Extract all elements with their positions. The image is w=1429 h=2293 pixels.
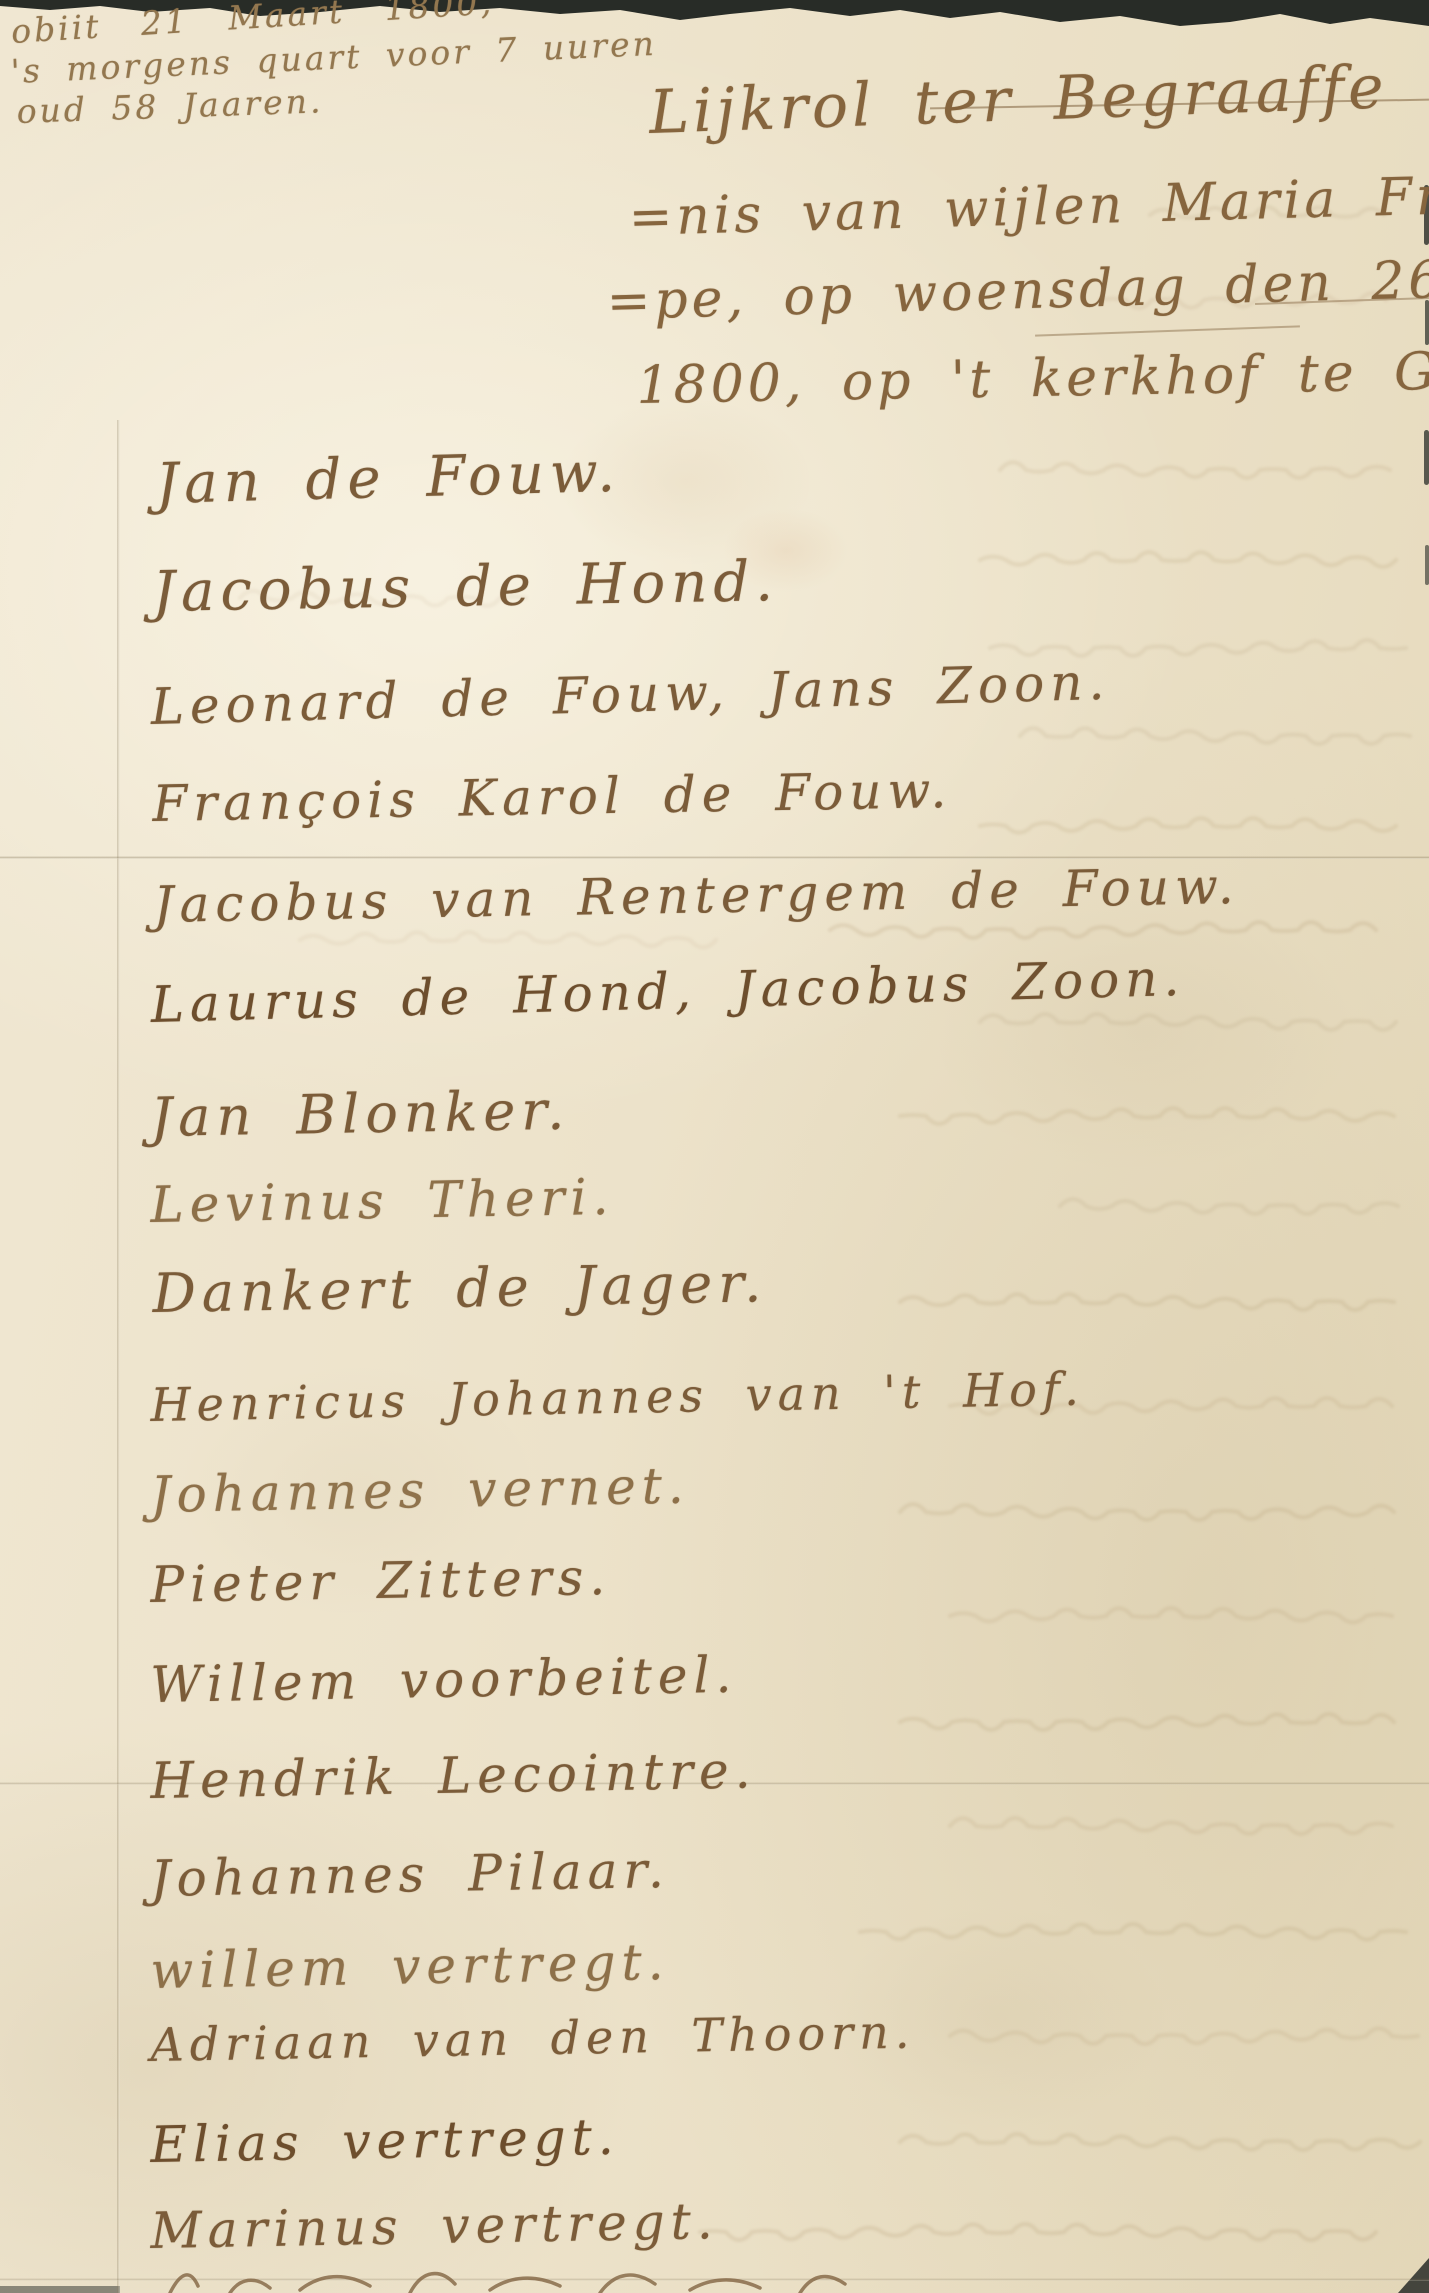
name-entry: Jacobus van Rentergem de Fouw. [153, 857, 1240, 934]
name-entry: Pieter Zitters. [150, 1548, 612, 1614]
name-entry: willem vertregt. [150, 1933, 670, 2000]
name-entry: Marinus vertregt. [150, 2192, 719, 2260]
name-entry: François Karol de Fouw. [152, 761, 953, 833]
document-title-line: =pe, op woensdag den 26 Maart [606, 244, 1429, 332]
scan-edge-mark [1425, 545, 1429, 585]
name-entry: Elias vertregt. [150, 2108, 620, 2174]
vertical-fold-crease [117, 420, 120, 2293]
name-entry: Henricus Johannes van 't Hof. [150, 1362, 1085, 1432]
name-entry: Laurus de Hond, Jacobus Zoon. [150, 949, 1186, 1034]
name-entry: Jacobus de Hond. [152, 549, 779, 625]
name-entry: Leonard de Fouw, Jans Zoon. [150, 653, 1111, 736]
document-title-line: =nis van wijlen Maria Frim= [628, 163, 1429, 248]
name-entry: Willem voorbeitel. [150, 1646, 738, 1714]
document-title-line: Lijkrol ter Begraaffe [648, 52, 1389, 148]
name-entry: Johannes vernet. [150, 1457, 690, 1524]
name-entry: Jan de Fouw. [155, 440, 622, 517]
name-entry: Jan Blonker. [150, 1079, 571, 1149]
scan-edge-mark [1424, 430, 1429, 485]
name-entry: Johannes Pilaar. [150, 1841, 670, 1908]
name-entry: Levinus Theri. [150, 1168, 615, 1234]
scan-edge-mark [0, 2286, 120, 2293]
name-entry: Hendrik Lecointre. [150, 1741, 757, 1810]
name-entry: Dankert de Jager. [152, 1251, 768, 1325]
scan-corner-mark [1398, 2258, 1429, 2293]
document-title-line: 1800, op 't kerkhof te Goes. [636, 340, 1429, 416]
name-entry: Adriaan van den Thoorn. [150, 2005, 916, 2072]
scanned-document-page: obiit 21 Maart 1800, 's morgens quart vo… [0, 0, 1429, 2293]
partial-name-line [160, 2268, 1060, 2293]
horizontal-fold-crease [0, 2278, 1429, 2281]
ink-scratch [1035, 325, 1300, 336]
